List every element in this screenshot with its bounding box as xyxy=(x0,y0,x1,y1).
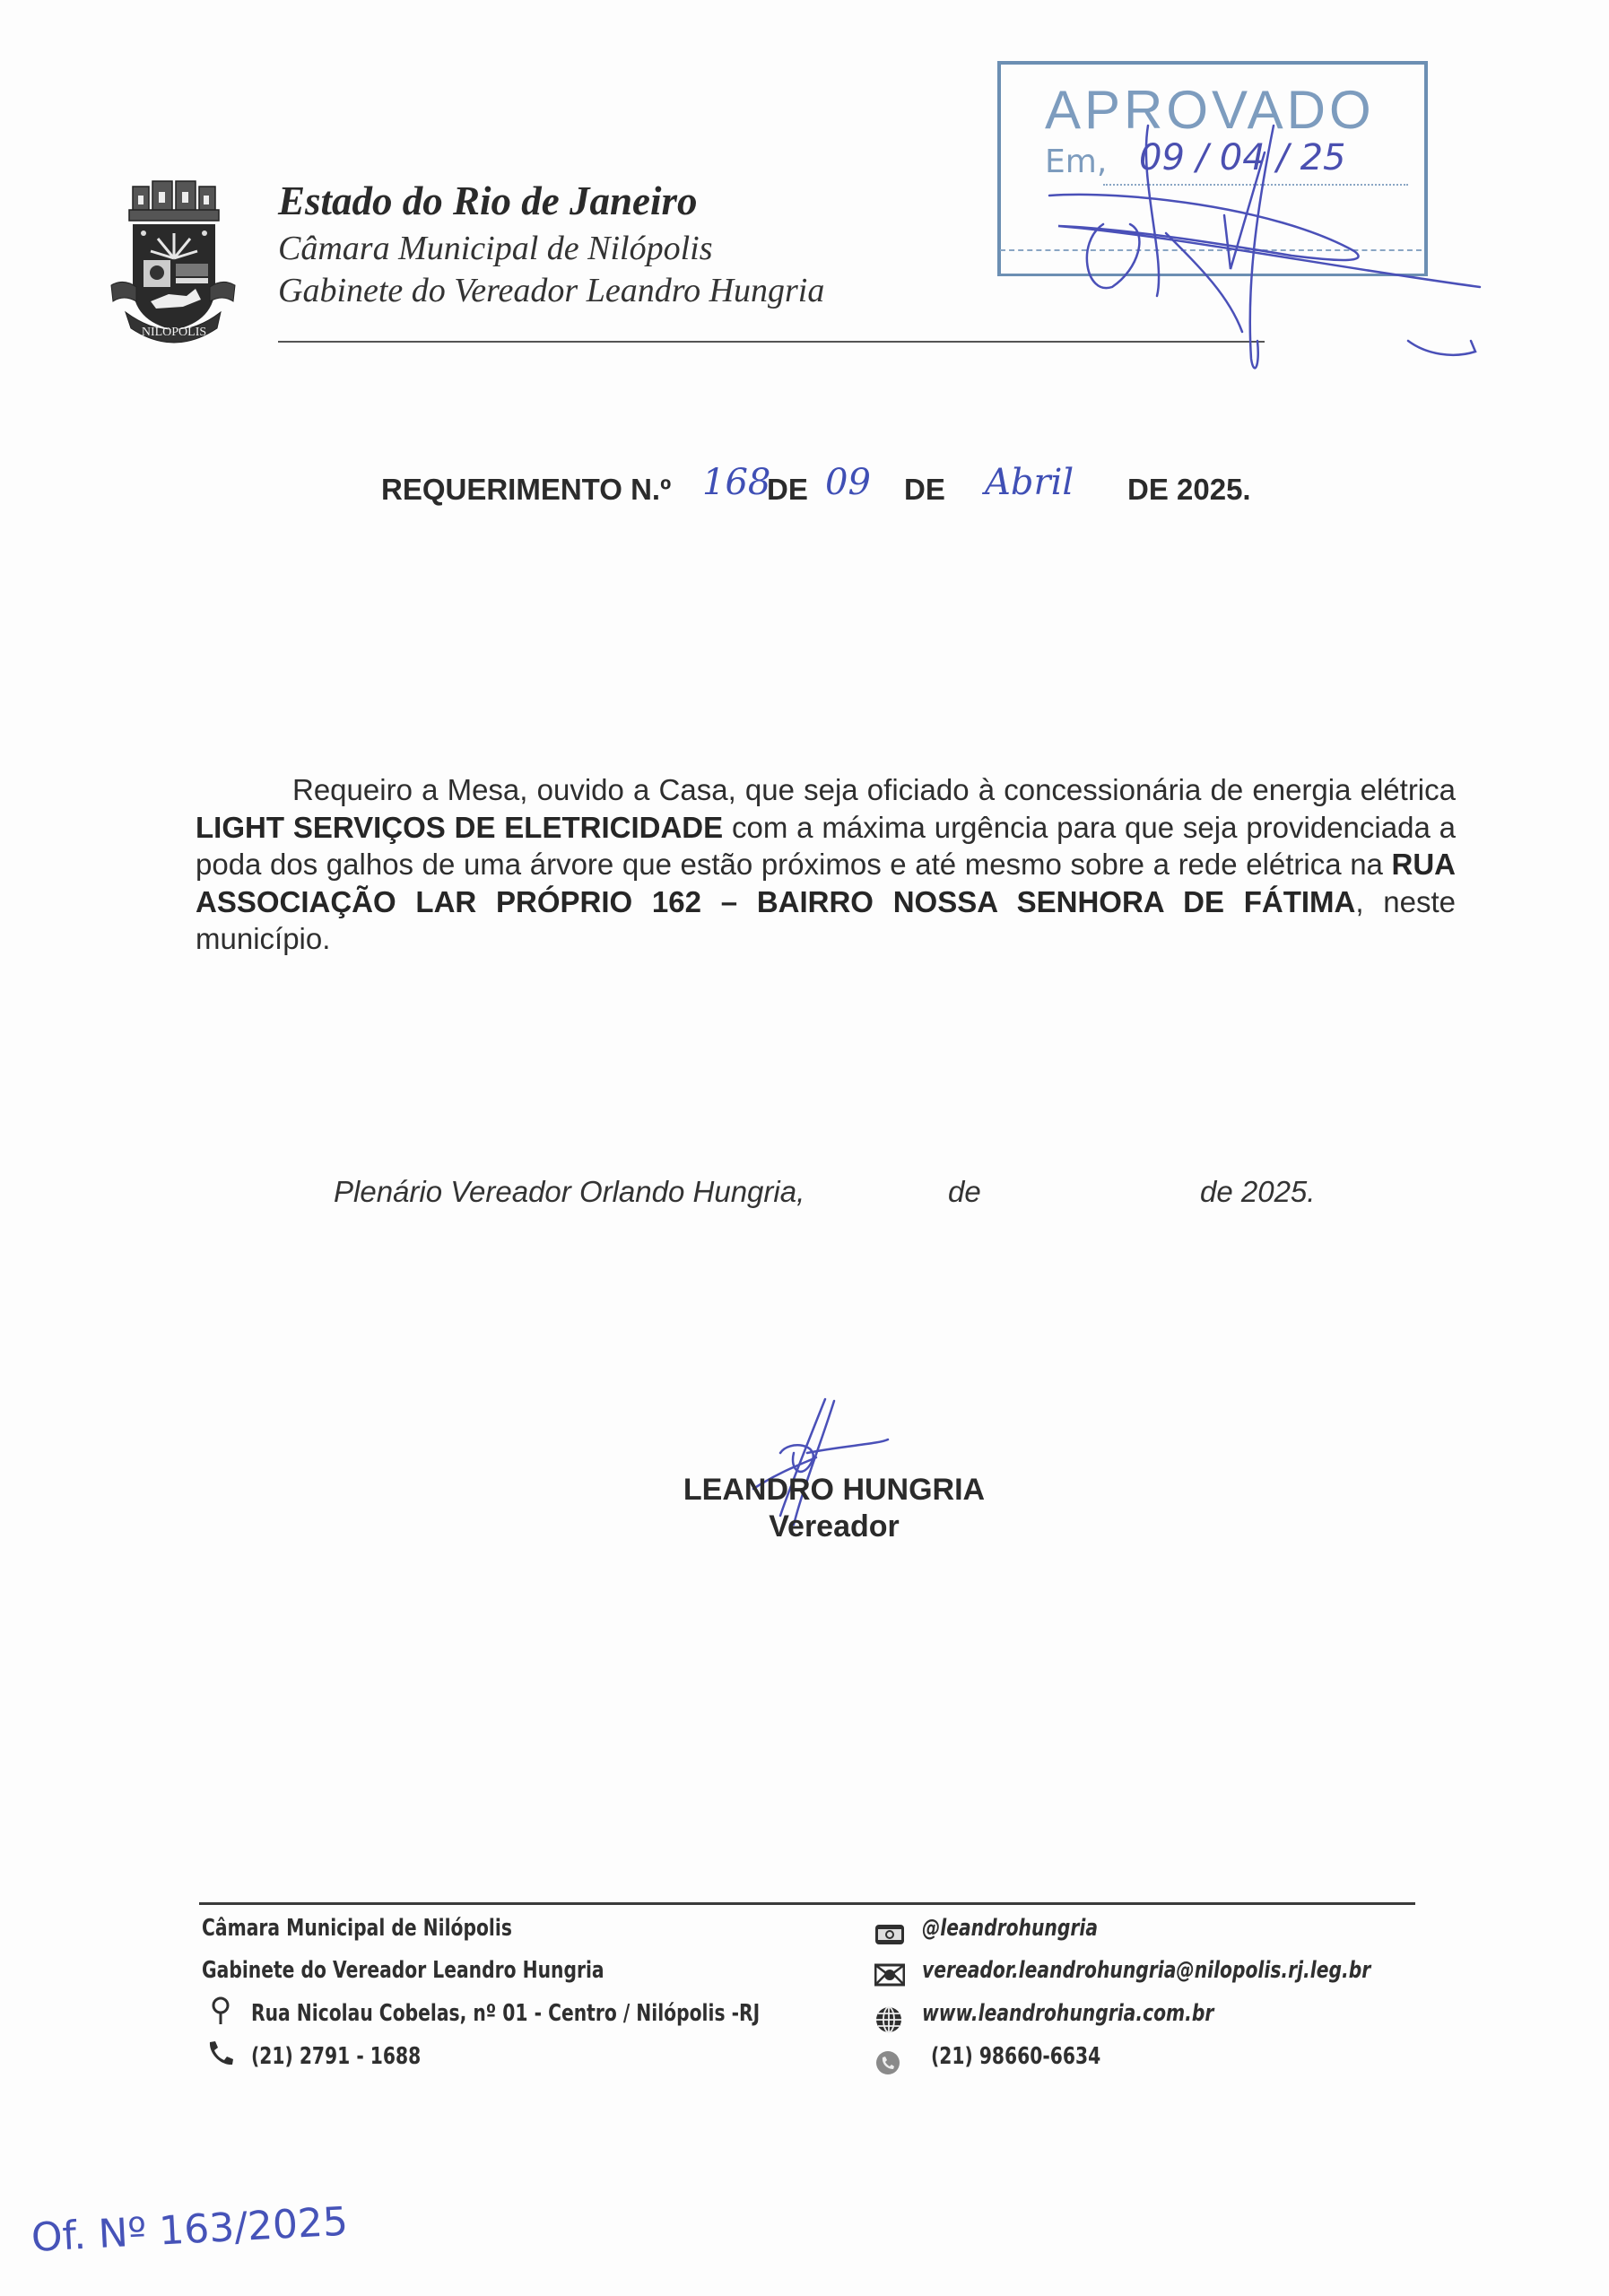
closing-place: Plenário Vereador Orlando Hungria, xyxy=(334,1175,804,1209)
footer-address: Rua Nicolau Cobelas, nº 01 - Centro / Ni… xyxy=(251,2000,760,2027)
header-office: Gabinete do Vereador Leandro Hungria xyxy=(278,271,824,310)
office-number-annotation: Of. Nº 163/2025 xyxy=(30,2199,349,2261)
footer-website: www.leandrohungria.com.br xyxy=(922,2000,1213,2027)
closing-year: de 2025. xyxy=(1200,1175,1315,1209)
stamp-handwritten-date: 09 / 04 / 25 xyxy=(1139,137,1346,178)
footer-email: vereador.leandrohungria@nilopolis.rj.leg… xyxy=(922,1957,1370,1984)
footer-instagram: @leandrohungria xyxy=(922,1915,1098,1942)
phone-icon xyxy=(206,2039,235,2073)
handwritten-signatures xyxy=(0,0,1609,2296)
header-chamber: Câmara Municipal de Nilópolis xyxy=(278,229,713,268)
body-segment-bold: LIGHT SERVIÇOS DE ELETRICIDADE xyxy=(196,811,723,844)
stamp-signature-line xyxy=(1000,249,1422,251)
body-segment: Requeiro a Mesa, ouvido a Casa, que seja… xyxy=(292,773,1456,806)
whatsapp-icon xyxy=(874,2049,905,2074)
map-pin-icon xyxy=(210,1996,231,2031)
svg-text:NILOPOLIS: NILOPOLIS xyxy=(142,326,206,339)
request-prefix: REQUERIMENTO N.º xyxy=(381,473,671,507)
request-body: Requeiro a Mesa, ouvido a Casa, que seja… xyxy=(196,771,1456,958)
signer-role: Vereador xyxy=(628,1509,1040,1544)
stamp-date-line xyxy=(1103,184,1408,186)
globe-icon xyxy=(874,2005,905,2031)
request-de-2: DE xyxy=(904,473,945,507)
stamp-em-label: Em, xyxy=(1045,143,1107,180)
request-de-1: DE xyxy=(767,473,808,507)
stamp-title: APROVADO xyxy=(1045,79,1375,141)
request-suffix: DE 2025. xyxy=(1127,473,1251,507)
closing-de: de xyxy=(948,1175,981,1209)
envelope-icon xyxy=(874,1963,905,1988)
footer-chamber: Câmara Municipal de Nilópolis xyxy=(202,1915,512,1942)
header-divider xyxy=(278,341,1265,343)
footer-office: Gabinete do Vereador Leandro Hungria xyxy=(202,1957,604,1984)
footer-phone: (21) 2791 - 1688 xyxy=(251,2043,421,2070)
municipal-crest-icon: NILOPOLIS xyxy=(106,178,240,344)
footer-whatsapp: (21) 98660-6634 xyxy=(931,2043,1100,2070)
camera-icon xyxy=(874,1922,905,1947)
header-state: Estado do Rio de Janeiro xyxy=(278,178,698,224)
request-day: 09 xyxy=(825,462,871,503)
request-number: 168 xyxy=(702,462,770,503)
request-month: Abril xyxy=(985,462,1074,503)
signer-name: LEANDRO HUNGRIA xyxy=(628,1473,1040,1508)
footer-divider xyxy=(199,1902,1415,1905)
